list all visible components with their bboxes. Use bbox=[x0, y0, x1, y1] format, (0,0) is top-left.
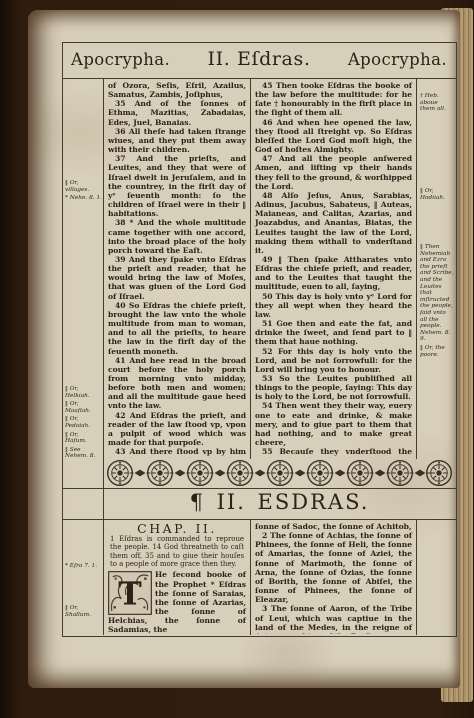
margin-note: * Nehe. 8. 1. bbox=[65, 195, 102, 202]
verse: 54 Then went they their way, euery one t… bbox=[255, 401, 412, 447]
margin-note: ‖ Or, Shallum. bbox=[65, 605, 102, 618]
dropcap-letter: T bbox=[118, 576, 142, 613]
header-right: Apocrypha. bbox=[348, 50, 447, 69]
verse: 51 Goe then and eate the fat, and drinke… bbox=[255, 319, 412, 346]
right-margin-notes: † Heb. aboue them all. ‖ Or, Hodiiah. ‖ … bbox=[418, 80, 455, 457]
page-title: II. Eſdras. bbox=[208, 48, 311, 70]
ornament-band bbox=[104, 459, 455, 487]
note-group: * Eſra 7. 1. bbox=[65, 563, 102, 572]
genealogy-column: ſonne of Sadoc, the ſonne of Achitob, 2 … bbox=[252, 521, 415, 634]
band-bottom-rule bbox=[62, 488, 456, 489]
dropcap-woodcut-icon: T bbox=[108, 571, 152, 615]
margin-note: ‖ Or, the poore. bbox=[420, 345, 454, 358]
margin-note: † Heb. aboue them all. bbox=[420, 93, 454, 113]
verse: 43 And there ſtood vp by him Matathias, … bbox=[108, 447, 246, 457]
verse: 53 So the Leuites publiſhed all things t… bbox=[255, 374, 412, 401]
verse-continuation: ſonne of Sadoc, the ſonne of Achitob, bbox=[255, 522, 412, 531]
note-group: ‖ Or, Shallum. bbox=[65, 605, 102, 620]
header-rule bbox=[62, 78, 456, 79]
margin-note: ‖ See Nehem. 8. 4. bbox=[65, 447, 102, 457]
verse: 50 This day is holy vnto yᵉ Lord for the… bbox=[255, 292, 412, 319]
chapter-column: CHAP. II. 1 Eſdras is commanded to repro… bbox=[105, 521, 249, 634]
right-notes-rule-lower bbox=[416, 520, 417, 635]
verse: 55 Becauſe they vnderſtood the words whe… bbox=[255, 447, 412, 457]
margin-note: ‖ Then Nehemiah and Ezra the prieſt and … bbox=[420, 244, 454, 343]
verse: 36 All theſe had taken ſtrange wiues, an… bbox=[108, 127, 246, 154]
verse: 47 And all the people anſwered Amen, and… bbox=[255, 154, 412, 191]
verse: 41 And hee read in the broad court befor… bbox=[108, 356, 246, 411]
verse: 39 And they ſpake vnto Eſdras the prieſt… bbox=[108, 255, 246, 301]
verse: 46 And when hee opened the law, they ſto… bbox=[255, 118, 412, 155]
right-notes-rule-upper bbox=[416, 79, 417, 459]
book-title: ¶ II. ESDRAS. bbox=[104, 490, 455, 518]
margin-note: ‖ Or, Haſum. bbox=[65, 432, 102, 445]
left-notes-rule bbox=[103, 79, 104, 635]
title-bottom-rule bbox=[62, 519, 456, 520]
verse: 3 The ſonne of Aaron, of the Tribe of Le… bbox=[255, 604, 412, 634]
verse: 38 * And the whole multitude came togeth… bbox=[108, 218, 246, 255]
verse: 42 And Eſdras the prieſt, and reader of … bbox=[108, 411, 246, 448]
margin-note: ‖ Or, Maaſiah. bbox=[65, 401, 102, 414]
book-photograph: Apocrypha. II. Eſdras. Apocrypha. ‖ Or, … bbox=[0, 0, 474, 718]
note-group: ‖ Or, villages. * Nehe. 8. 1. bbox=[65, 180, 102, 204]
left-margin-notes-lower: * Eſra 7. 1. ‖ Or, Shallum. bbox=[63, 521, 103, 634]
right-text-column: 45 Then tooke Eſdras the booke of the la… bbox=[252, 80, 415, 457]
verse: 48 Alſo Jeſus, Anus, Sarabias, Adinus, J… bbox=[255, 191, 412, 255]
left-text-column: of Ozora, Seſis, Eſril, Azailus, Samatus… bbox=[105, 80, 249, 457]
chapter-intro: T He ſecond booke of the Prophet * Eſdra… bbox=[108, 570, 246, 634]
chapter-heading: CHAP. II. bbox=[108, 524, 246, 533]
chapter-summary: 1 Eſdras is commanded to reproue the peo… bbox=[108, 535, 246, 568]
note-group: ‖ Or, Hodiiah. bbox=[420, 188, 454, 203]
center-rule-lower bbox=[250, 520, 251, 635]
margin-note: ‖ Or, Pedaiah. bbox=[65, 416, 102, 429]
header-left: Apocrypha. bbox=[71, 50, 170, 69]
margin-note: * Eſra 7. 1. bbox=[65, 563, 102, 570]
verse: 45 Then tooke Eſdras the booke of the la… bbox=[255, 81, 412, 118]
note-group: ‖ Then Nehemiah and Ezra the prieſt and … bbox=[420, 244, 454, 360]
left-margin-notes: ‖ Or, villages. * Nehe. 8. 1. ‖ Or, Helk… bbox=[63, 80, 103, 457]
center-rule-upper bbox=[250, 79, 251, 459]
verse: 35 And of the ſonnes of Ethma, Mazitias,… bbox=[108, 99, 246, 126]
verse: 2 The ſonne of Achias, the ſonne of Phin… bbox=[255, 531, 412, 604]
margin-note: ‖ Or, Hodiiah. bbox=[420, 188, 454, 201]
verse: 40 So Eſdras the chiefe prieſt, brought … bbox=[108, 301, 246, 356]
verse: 52 For this day is holy vnto the Lord, a… bbox=[255, 347, 412, 374]
note-group: † Heb. aboue them all. bbox=[420, 93, 454, 115]
verse-continuation: of Ozora, Seſis, Eſril, Azailus, Samatus… bbox=[108, 81, 246, 99]
verse: 37 And the prieſts, and Leuites, and the… bbox=[108, 154, 246, 218]
margin-note: ‖ Or, Helkiah. bbox=[65, 386, 102, 399]
note-group: ‖ Or, Helkiah. ‖ Or, Maaſiah. ‖ Or, Peda… bbox=[65, 386, 102, 457]
margin-note: ‖ Or, villages. bbox=[65, 180, 102, 193]
running-header: Apocrypha. II. Eſdras. Apocrypha. bbox=[62, 42, 456, 78]
verse: 49 ‖ Then ſpake Attharates vnto Eſdras t… bbox=[255, 255, 412, 292]
